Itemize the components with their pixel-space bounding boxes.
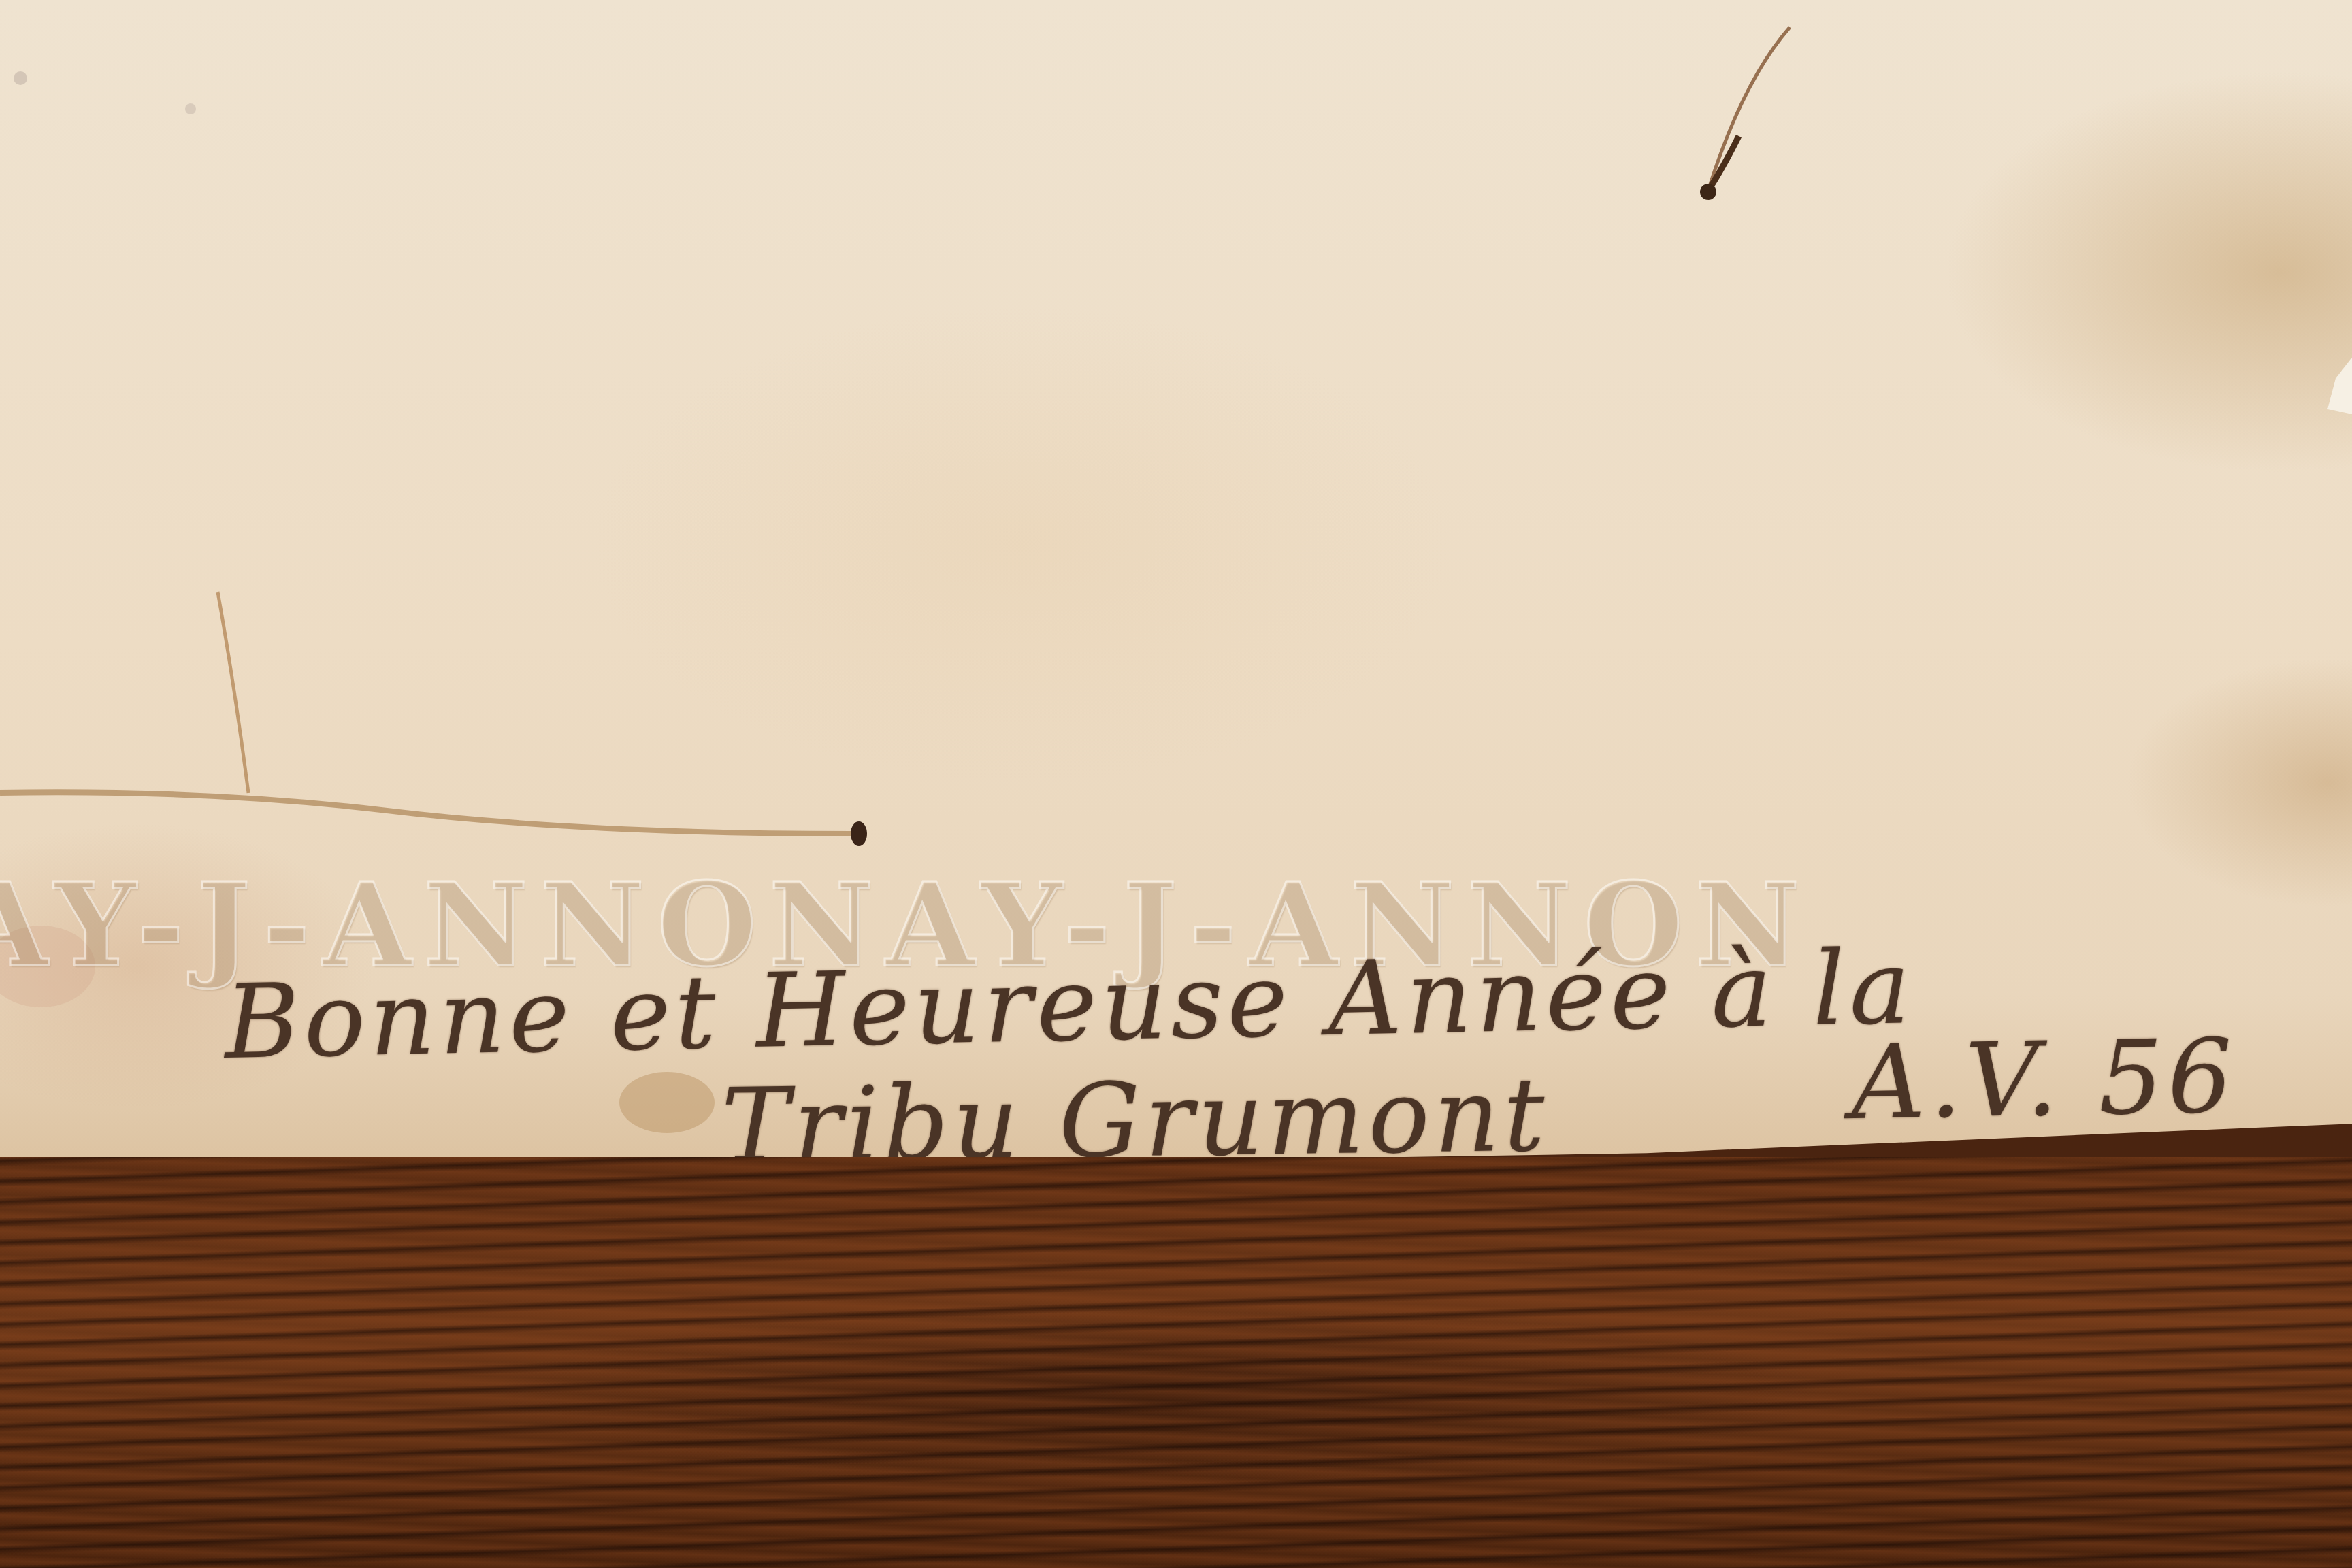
photo-scene: AY-J-ANNONAY-J-ANNON Bonne et Heureuse A… — [0, 0, 2352, 1568]
inscription-signature: A.V. 56 — [1850, 1017, 2238, 1143]
wood-table-surface — [0, 1157, 2352, 1568]
